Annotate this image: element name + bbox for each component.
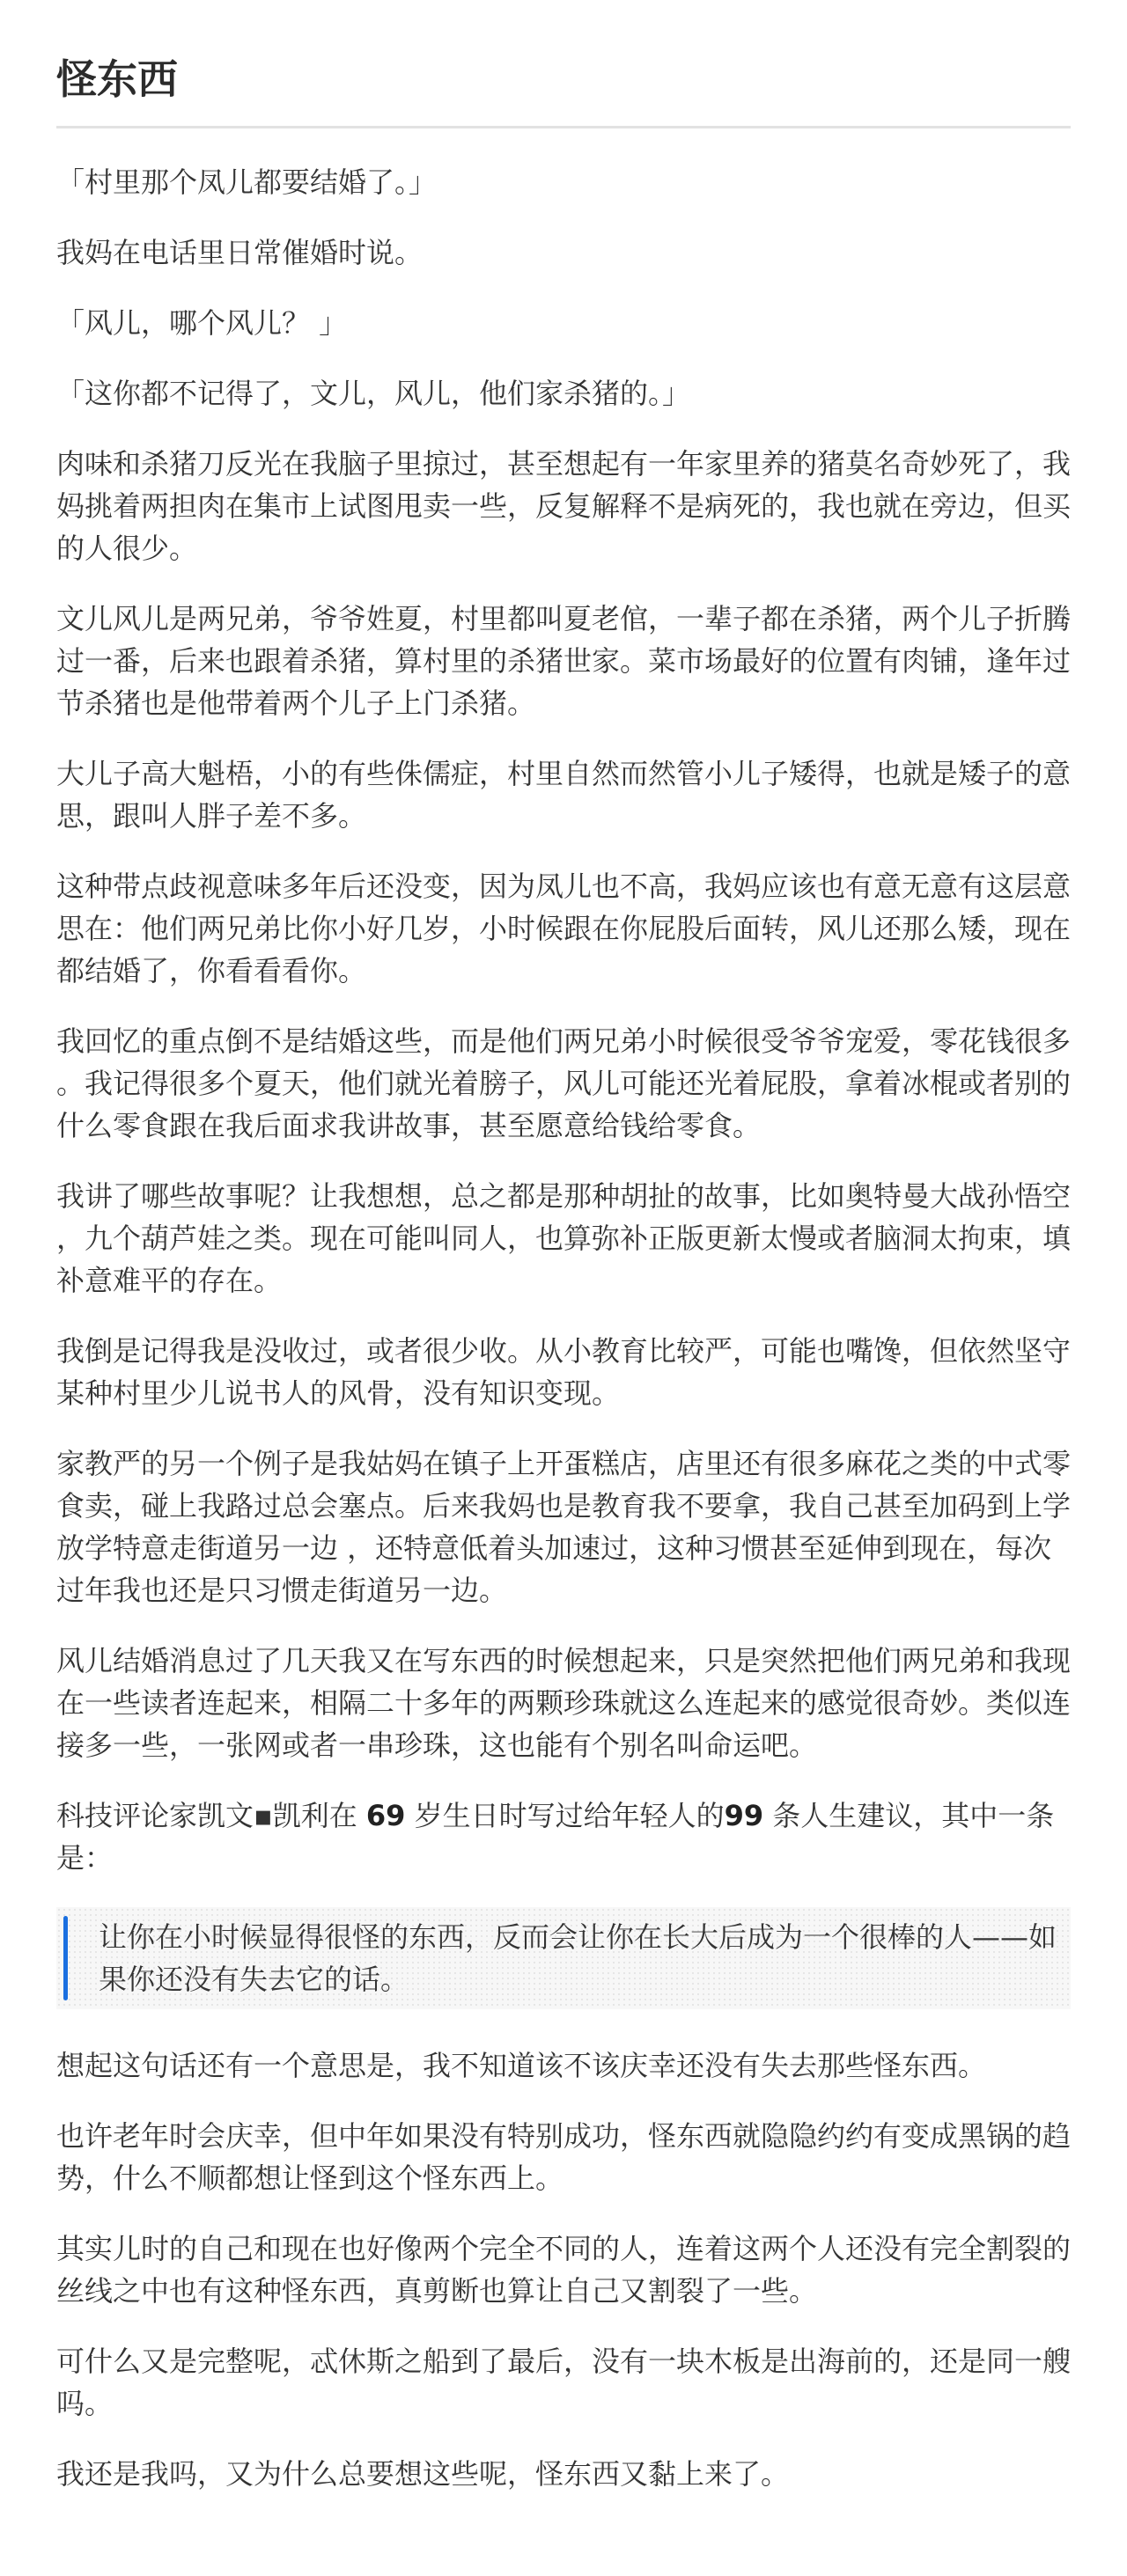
paragraph: 我回忆的重点倒不是结婚这些，而是他们两兄弟小时候很受爷爷宠爱，零花钱很多。我记得…: [56, 1020, 1071, 1147]
title-divider: [56, 126, 1071, 128]
paragraph: 肉味和杀猪刀反光在我脑子里掠过，甚至想起有一年家里养的猪莫名奇妙死了，我妈挑着两…: [56, 443, 1071, 569]
article: 怪东西 「村里那个凤儿都要结婚了。」 我妈在电话里日常催婚时说。 「风儿，哪个风…: [56, 0, 1071, 2576]
article-title: 怪东西: [56, 55, 1071, 104]
blockquote: 让你在小时候显得很怪的东西，反而会让你在长大后成为一个很棒的人——如果你还没有失…: [56, 1907, 1071, 2009]
paragraph: 我倒是记得我是没收过，或者很少收。从小教育比较严，可能也嘴馋，但依然坚守某种村里…: [56, 1330, 1071, 1414]
paragraph: 文儿风儿是两兄弟，爷爷姓夏，村里都叫夏老倌，一辈子都在杀猪，两个儿子折腾过一番，…: [56, 598, 1071, 724]
kk-advice-paragraph: 科技评论家凯文▪凯利在 69 岁生日时写过给年轻人的99 条人生建议，其中一条是…: [56, 1794, 1071, 1879]
age-number: 69: [366, 1799, 406, 1832]
advice-count: 99: [725, 1799, 764, 1832]
paragraph: 我讲了哪些故事呢？让我想想，总之都是那种胡扯的故事，比如奥特曼大战孙悟空，九个葫…: [56, 1175, 1071, 1302]
quote-accent-bar: [63, 1916, 68, 2000]
paragraph: 可什么又是完整呢，忒休斯之船到了最后，没有一块木板是出海前的，还是同一艘吗。: [56, 2340, 1071, 2425]
paragraph: 其实儿时的自己和现在也好像两个完全不同的人，连着这两个人还没有完全割裂的丝线之中…: [56, 2227, 1071, 2312]
article-body: 「村里那个凤儿都要结婚了。」 我妈在电话里日常催婚时说。 「风儿，哪个风儿？ 」…: [56, 161, 1071, 2495]
paragraph: 风儿结婚消息过了几天我又在写东西的时候想起来，只是突然把他们两兄弟和我现在一些读…: [56, 1640, 1071, 1766]
paragraph: 「风儿，哪个风儿？ 」: [56, 302, 1071, 344]
paragraph: 我妈在电话里日常催婚时说。: [56, 231, 1071, 274]
paragraph: 「村里那个凤儿都要结婚了。」: [56, 161, 1071, 203]
paragraph: 家教严的另一个例子是我姑妈在镇子上开蛋糕店，店里还有很多麻花之类的中式零食卖，碰…: [56, 1442, 1071, 1611]
paragraph: 这种带点歧视意味多年后还没变，因为凤儿也不高，我妈应该也有意无意有这层意思在：他…: [56, 865, 1071, 992]
paragraph: 「这你都不记得了，文儿，风儿，他们家杀猪的。」: [56, 372, 1071, 415]
paragraph: 大儿子高大魁梧，小的有些侏儒症，村里自然而然管小儿子矮得，也就是矮子的意思，跟叫…: [56, 752, 1071, 837]
kk-prefix: 科技评论家凯文▪凯利在: [56, 1799, 366, 1832]
paragraph: 想起这句话还有一个意思是，我不知道该不该庆幸还没有失去那些怪东西。: [56, 2044, 1071, 2087]
paragraph: 我还是我吗，又为什么总要想这些呢，怪东西又黏上来了。: [56, 2453, 1071, 2495]
kk-middle: 岁生日时写过给年轻人的: [405, 1799, 724, 1832]
paragraph: 也许老年时会庆幸，但中年如果没有特别成功，怪东西就隐隐约约有变成黑锅的趋势，什么…: [56, 2115, 1071, 2199]
quote-text: 让你在小时候显得很怪的东西，反而会让你在长大后成为一个很棒的人——如果你还没有失…: [99, 1916, 1057, 2000]
